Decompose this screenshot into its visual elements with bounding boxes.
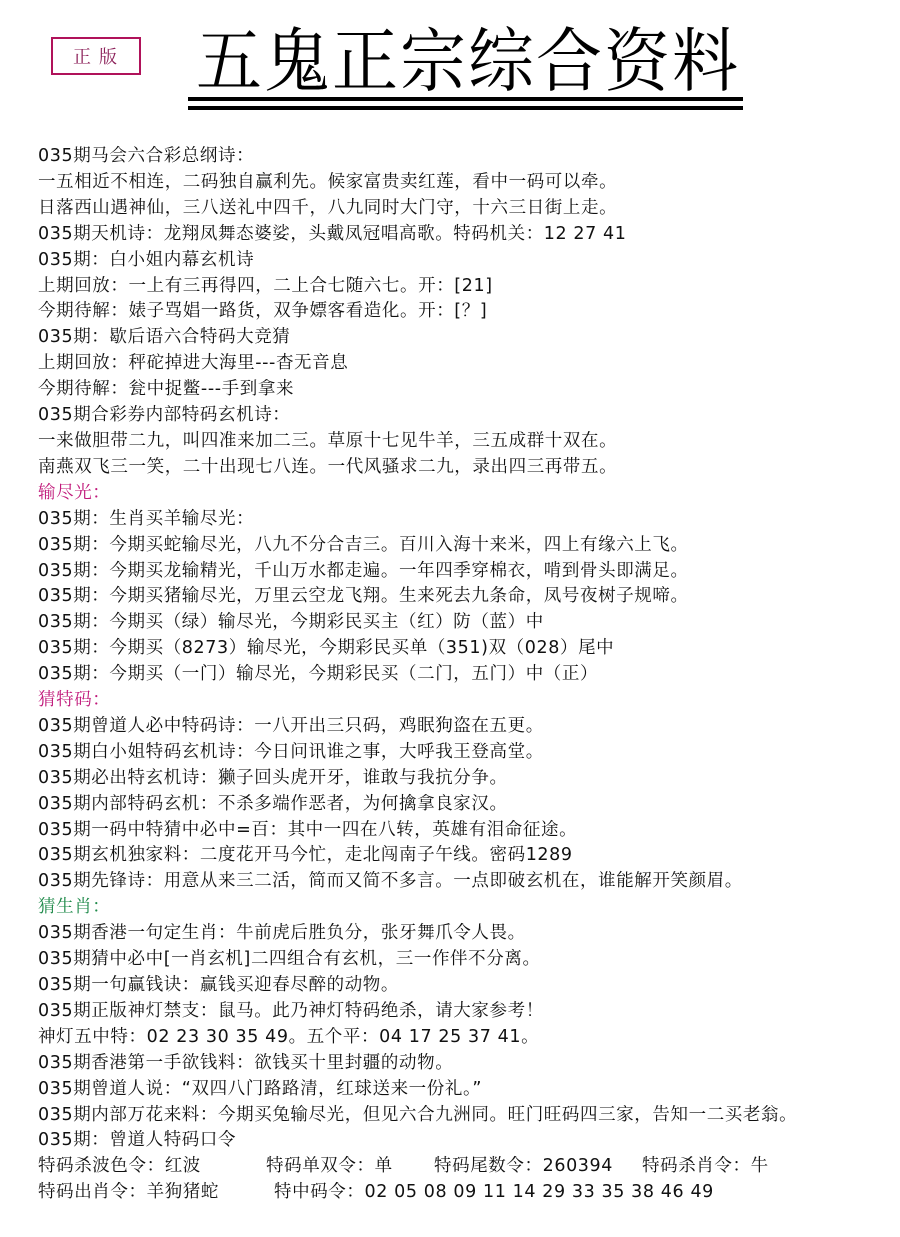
text-line: 035期：今期买（绿）输尽光，今期彩民买主（红）防（蓝）中 <box>38 610 898 636</box>
text-line: 035期：今期买蛇输尽光，八九不分合吉三。百川入海十来米，四上有缘六上飞。 <box>38 533 898 559</box>
text-line: 035期内部特码玄机：不杀多端作恶者，为何擒拿良家汉。 <box>38 792 898 818</box>
text-line: 035期必出特玄机诗：獭子回头虎开牙，谁敢与我抗分争。 <box>38 766 898 792</box>
text-line: 035期一句赢钱诀：赢钱买迎春尽醉的动物。 <box>38 973 898 999</box>
text-line: 035期合彩券内部特码玄机诗： <box>38 403 898 429</box>
code-command: 特中码令：02 05 08 09 11 14 29 33 35 38 46 49 <box>274 1180 714 1206</box>
text-line: 035期内部万花来料：今期买兔输尽光，但见六合九洲同。旺门旺码四三家，告知一二买… <box>38 1103 898 1129</box>
text-line: 035期：今期买龙输精光，千山万水都走遍。一年四季穿棉衣，啃到骨头即满足。 <box>38 559 898 585</box>
code-command: 特码杀肖令：牛 <box>642 1154 769 1180</box>
text-line: 一五相近不相连，二码独自赢利先。候家富贵卖红莲，看中一码可以牵。 <box>38 170 898 196</box>
text-line: 035期：今期买（8273）输尽光，今期彩民买单（351)双（028）尾中 <box>38 636 898 662</box>
code-command: 特码尾数令：260394 <box>434 1154 642 1180</box>
code-command: 特码杀波色令：红波 <box>38 1154 266 1180</box>
text-line: 神灯五中特：02 23 30 35 49。五个平：04 17 25 37 41。 <box>38 1025 898 1051</box>
text-line: 035期：白小姐内幕玄机诗 <box>38 248 898 274</box>
section-heading: 输尽光： <box>38 481 898 507</box>
text-line: 上期回放：秤砣掉进大海里---杳无音息 <box>38 351 898 377</box>
text-line: 035期曾道人说：“双四八门路路清，红球送来一份礼。” <box>38 1077 898 1103</box>
title-underline-bottom <box>188 106 743 110</box>
text-line: 一来做胆带二九，叫四准来加二三。草原十七见牛羊，三五成群十双在。 <box>38 429 898 455</box>
text-line: 035期玄机独家料：二度花开马今忙，走北闯南子午线。密码1289 <box>38 843 898 869</box>
text-line: 035期一码中特猜中必中=百：其中一四在八转，英雄有泪命征途。 <box>38 818 898 844</box>
edition-badge: 正版 <box>51 37 141 75</box>
document-body: 035期马会六合彩总纲诗：一五相近不相连，二码独自赢利先。候家富贵卖红莲，看中一… <box>38 144 898 1206</box>
text-line: 035期天机诗：龙翔凤舞态婆娑，头戴凤冠唱高歌。特码机关：12 27 41 <box>38 222 898 248</box>
code-command: 特码出肖令：羊狗猪蛇 <box>38 1180 274 1206</box>
text-line: 035期白小姐特码玄机诗：今日问讯谁之事，大呼我王登高堂。 <box>38 740 898 766</box>
page-title: 五鬼正宗综合资料 <box>188 20 748 104</box>
text-line: 035期：曾道人特码口令 <box>38 1128 898 1154</box>
text-line: 035期：生肖买羊输尽光： <box>38 507 898 533</box>
section-heading: 猜特码： <box>38 688 898 714</box>
text-line: 035期正版神灯禁支：鼠马。此乃神灯特码绝杀，请大家参考！ <box>38 999 898 1025</box>
code-command: 特码单双令：单 <box>266 1154 434 1180</box>
text-line: 035期先锋诗：用意从来三二活，简而又简不多言。一点即破玄机在，谁能解开笑颜眉。 <box>38 869 898 895</box>
edition-badge-label: 正版 <box>73 43 125 69</box>
text-line: 035期香港一句定生肖：牛前虎后胜负分，张牙舞爪令人畏。 <box>38 921 898 947</box>
text-line: 035期猜中必中[一肖玄机]二四组合有玄机，三一作伴不分离。 <box>38 947 898 973</box>
text-line: 035期：今期买猪输尽光，万里云空龙飞翔。生来死去九条命，凤号夜树子规啼。 <box>38 584 898 610</box>
text-line: 035期：歇后语六合特码大竞猜 <box>38 325 898 351</box>
text-line: 日落西山遇神仙，三八送礼中四千，八九同时大门守，十六三日街上走。 <box>38 196 898 222</box>
text-line: 今期待解：瓮中捉鳖---手到拿来 <box>38 377 898 403</box>
text-line: 035期香港第一手欲钱料：欲钱买十里封疆的动物。 <box>38 1051 898 1077</box>
section-heading: 猜生肖： <box>38 895 898 921</box>
code-command-row: 特码出肖令：羊狗猪蛇特中码令：02 05 08 09 11 14 29 33 3… <box>38 1180 898 1206</box>
text-line: 南燕双飞三一笑，二十出现七八连。一代风骚求二九，录出四三再带五。 <box>38 455 898 481</box>
text-line: 035期：今期买（一门）输尽光，今期彩民买（二门，五门）中（正） <box>38 662 898 688</box>
title-underline-top <box>188 97 743 101</box>
text-line: 035期曾道人必中特码诗：一八开出三只码，鸡眠狗盗在五更。 <box>38 714 898 740</box>
code-command-row: 特码杀波色令：红波特码单双令：单特码尾数令：260394特码杀肖令：牛 <box>38 1154 898 1180</box>
text-line: 上期回放：一上有三再得四，二上合七随六七。开：[21] <box>38 274 898 300</box>
text-line: 今期待解：婊子骂娼一路货，双争嫖客看造化。开：[？] <box>38 299 898 325</box>
text-line: 035期马会六合彩总纲诗： <box>38 144 898 170</box>
